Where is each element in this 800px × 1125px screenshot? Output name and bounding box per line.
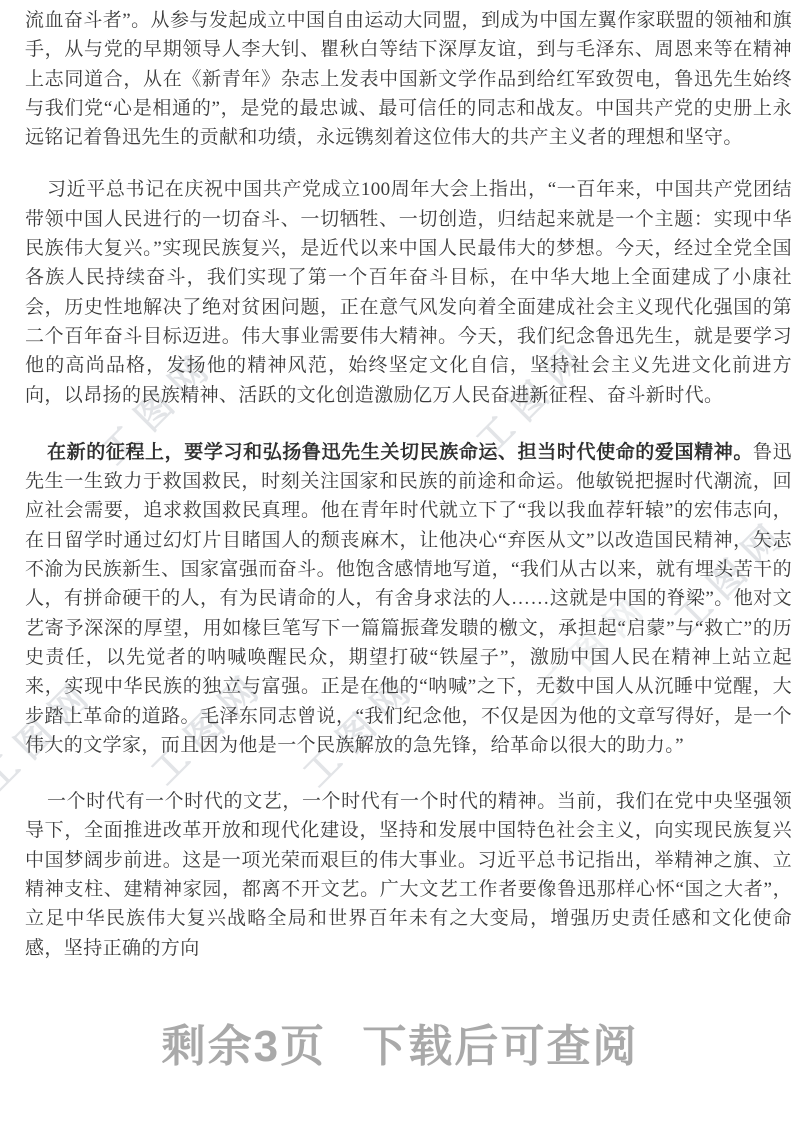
paragraph-1: 流血奋斗者”。从参与发起成立中国自由运动大同盟，到成为中国左翼作家联盟的领袖和旗…: [25, 6, 792, 152]
remaining-pages-banner: 剩余3页 下载后可查阅: [0, 1021, 800, 1074]
document-page: 工图网 工图网 工图网 工图网 工图网 工图网 工图网 流血奋斗者”。从参与发起…: [0, 0, 800, 1125]
remaining-pages-label: 剩余3页: [162, 1021, 326, 1074]
paragraph-3-rest: 鲁迅先生一生致力于救国救民，时刻关注国家和民族的前途和命运。他敏锐把握时代潮流，…: [25, 442, 792, 756]
paragraph-3: 在新的征程上，要学习和弘扬鲁迅先生关切民族命运、担当时代使命的爱国精神。鲁迅先生…: [25, 438, 792, 760]
paragraph-2: 习近平总书记在庆祝中国共产党成立100周年大会上指出，“一百年来，中国共产党团结…: [25, 175, 792, 409]
download-to-view-hint: 下载后可查阅: [362, 1021, 638, 1074]
paragraph-4: 一个时代有一个时代的文艺，一个时代有一个时代的精神。当前，我们在党中央坚强领导下…: [25, 787, 792, 963]
paragraph-3-bold-lead: 在新的征程上，要学习和弘扬鲁迅先生关切民族命运、担当时代使命的爱国精神。: [47, 442, 753, 463]
document-body: 流血奋斗者”。从参与发起成立中国自由运动大同盟，到成为中国左翼作家联盟的领袖和旗…: [25, 6, 792, 963]
